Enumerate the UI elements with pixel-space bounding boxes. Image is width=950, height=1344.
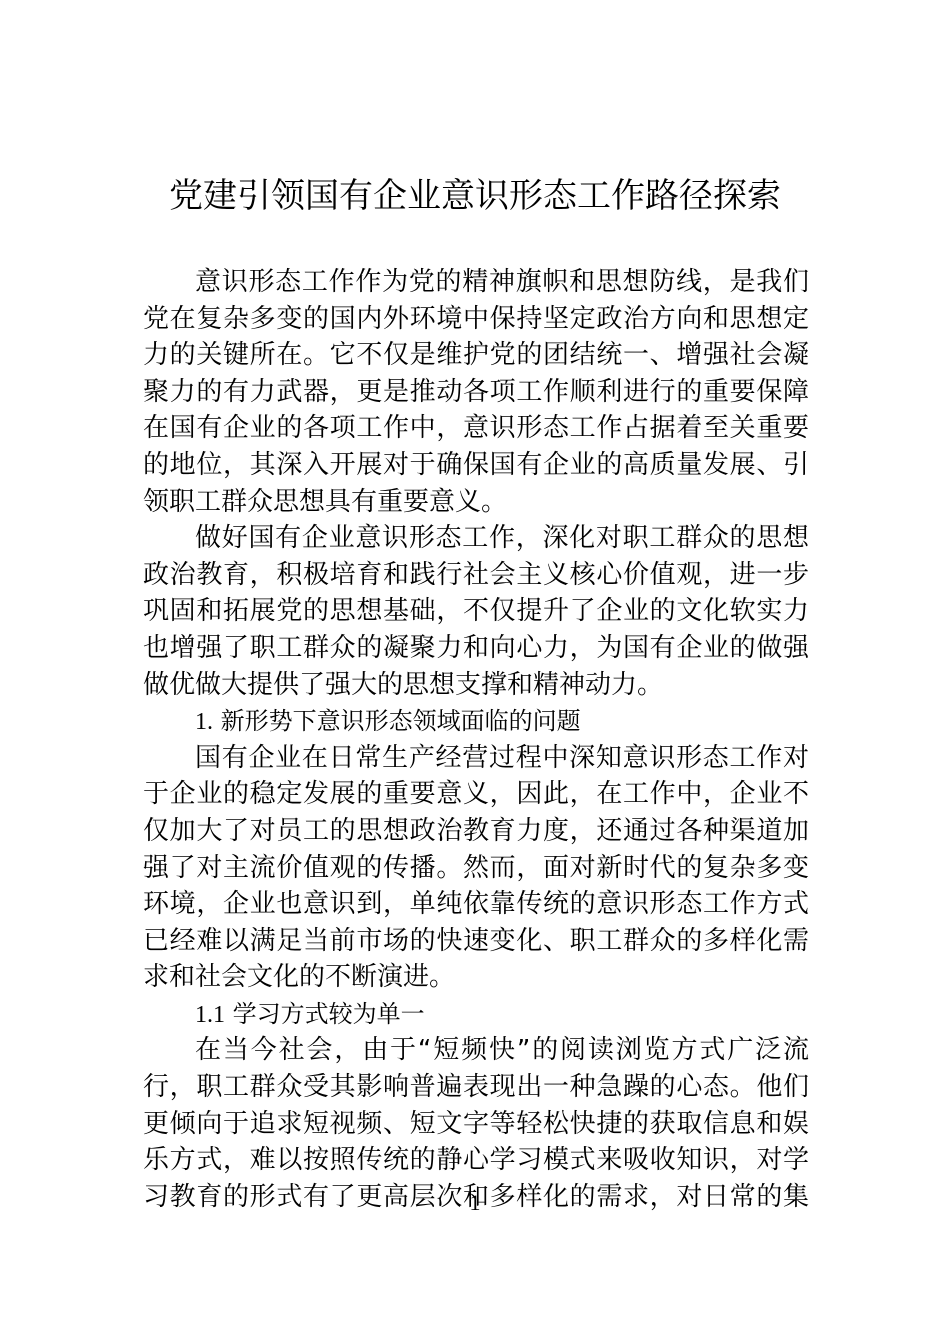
paragraph-line: 环境，企业也意识到，单纯依靠传统的意识形态工作方式 — [143, 886, 809, 923]
page-number: 1 — [0, 1188, 950, 1218]
paragraph-line: 意识形态工作作为党的精神旗帜和思想防线，是我们 — [143, 264, 809, 301]
paragraph-line: 做好国有企业意识形态工作，深化对职工群众的思想 — [143, 520, 809, 557]
section-number: 1. — [195, 709, 213, 735]
subsection-heading: 1.1 学习方式较为单一 — [143, 996, 809, 1033]
paragraph-line: 乐方式，难以按照传统的静心学习模式来吸收知识，对学 — [143, 1142, 809, 1179]
paragraph-line: 巩固和拓展党的思想基础，不仅提升了企业的文化软实力 — [143, 593, 809, 630]
paragraph-line: 强了对主流价值观的传播。然而，面对新时代的复杂多变 — [143, 850, 809, 887]
paragraph-line: 行，职工群众受其影响普遍表现出一种急躁的心态。他们 — [143, 1069, 809, 1106]
subsection-number: 1.1 — [195, 1002, 225, 1028]
paragraph-line: 仅加大了对员工的思想政治教育力度，还通过各种渠道加 — [143, 813, 809, 850]
paragraph-line: 力的关键所在。它不仅是维护党的团结统一、增强社会凝 — [143, 337, 809, 374]
paragraph-line: 更倾向于追求短视频、短文字等轻松快捷的获取信息和娱 — [143, 1106, 809, 1143]
section-heading-text: 新形势下意识形态领域面临的问题 — [221, 707, 581, 735]
document-title: 党建引领国有企业意识形态工作路径探索 — [0, 172, 950, 220]
section-heading: 1. 新形势下意识形态领域面临的问题 — [143, 703, 809, 740]
paragraph-line: 已经难以满足当前市场的快速变化、职工群众的多样化需 — [143, 923, 809, 960]
paragraph-line: 国有企业在日常生产经营过程中深知意识形态工作对 — [143, 740, 809, 777]
paragraph-line: 政治教育，积极培育和践行社会主义核心价值观，进一步 — [143, 557, 809, 594]
paragraph-line: 在当今社会，由于“短频快”的阅读浏览方式广泛流 — [143, 1032, 809, 1069]
paragraph-line: 在国有企业的各项工作中，意识形态工作占据着至关重要 — [143, 410, 809, 447]
document-body: 意识形态工作作为党的精神旗帜和思想防线，是我们 党在复杂多变的国内外环境中保持坚… — [143, 264, 809, 1215]
paragraph-line: 做优做大提供了强大的思想支撑和精神动力。 — [143, 667, 809, 704]
document-page: 党建引领国有企业意识形态工作路径探索 意识形态工作作为党的精神旗帜和思想防线，是… — [0, 0, 950, 1344]
subsection-heading-text: 学习方式较为单一 — [233, 1000, 425, 1028]
paragraph-line: 的地位，其深入开展对于确保国有企业的高质量发展、引 — [143, 447, 809, 484]
paragraph-line: 党在复杂多变的国内外环境中保持坚定政治方向和思想定 — [143, 301, 809, 338]
paragraph-line: 求和社会文化的不断演进。 — [143, 959, 809, 996]
paragraph-line: 聚力的有力武器，更是推动各项工作顺利进行的重要保障 — [143, 374, 809, 411]
paragraph-line: 领职工群众思想具有重要意义。 — [143, 484, 809, 521]
paragraph-line: 于企业的稳定发展的重要意义，因此，在工作中，企业不 — [143, 776, 809, 813]
paragraph-line: 也增强了职工群众的凝聚力和向心力，为国有企业的做强 — [143, 630, 809, 667]
